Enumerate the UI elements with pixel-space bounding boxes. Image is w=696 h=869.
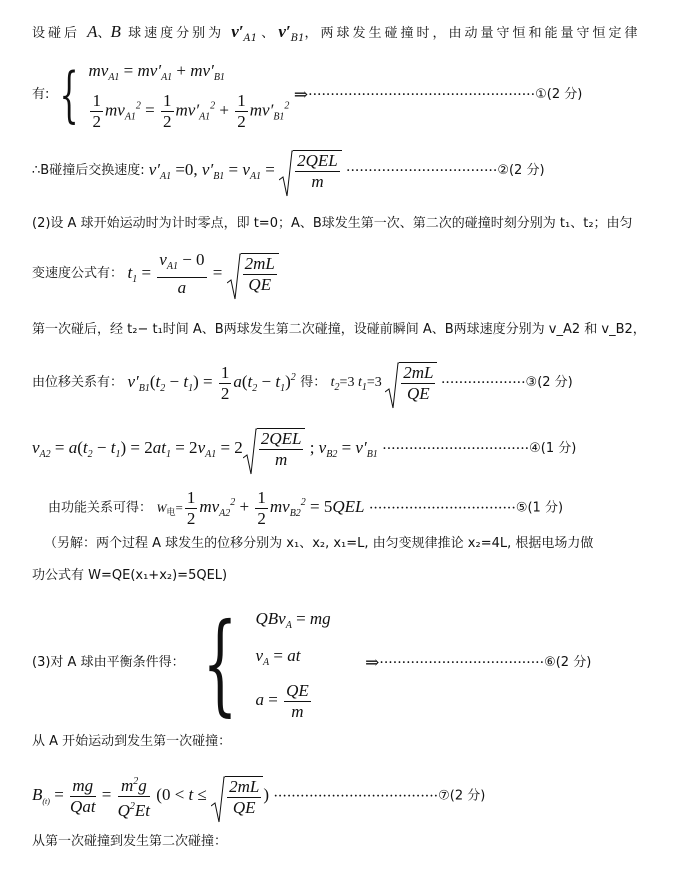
energy-equation: 12mvA12 = 12mv′A12 + 12mv′B12 [88, 91, 289, 132]
exchange-velocity-line: ∴B碰撞后交换速度: v′A1 =0, v′B1 = vA1 = 2QELm ·… [32, 150, 545, 192]
t1-equation-line: 变速度公式有： t1 = vA1 − 0a = 2mLQE [32, 250, 279, 298]
displacement-equation: v′B1(t2 − t1) = 12a(t2 − t1)2 [127, 372, 295, 391]
text: 得： [300, 375, 326, 390]
leader-dots: ········································… [308, 87, 535, 103]
intro-line: 设碰后 A、B 球速度分别为 v′A1 、 v′B1，两球发生碰撞时，由动量守恒… [32, 22, 640, 49]
acceleration-eq: a = QEm [255, 678, 330, 722]
t2-result: t2=3 t1=3 2mLQE [331, 375, 441, 390]
score-mark: ①(2 分) [535, 87, 582, 102]
leader-dots: ··················· [441, 375, 526, 391]
text: (3)对 A 球由平衡条件得： [32, 655, 185, 670]
score-mark: ②(2 分) [497, 163, 544, 178]
momentum-energy-system: 有: { mvA1 = mv′A1 + mv′B1 12mvA12 = 12mv… [32, 58, 582, 132]
radical-icon [243, 428, 257, 476]
work-energy-line: 由功能关系可得： W电=12mvA22 + 12mvB22 = 5QEL ···… [48, 488, 563, 529]
score-mark: ④(1 分) [529, 441, 576, 456]
left-brace-icon: { [203, 608, 238, 718]
left-brace-icon: { [59, 65, 78, 125]
b-field-equation: B(t) = mgQat = m2gQ2Et (0 < t ≤ 2mLQE) [32, 785, 269, 804]
score-mark: ⑦(2 分) [438, 789, 485, 804]
score-mark: ③(2 分) [526, 375, 573, 390]
t1-equation: t1 = vA1 − 0a = 2mLQE [127, 263, 278, 282]
lorentz-eq: QBvA = mg [255, 604, 330, 641]
equilibrium-system: QBvA = mg vA = at a = QEm [255, 604, 330, 722]
part3-equilibrium: (3)对 A 球由平衡条件得： { QBvA = mg vA = at a = … [32, 604, 591, 722]
momentum-equation: mvA1 = mv′A1 + mv′B1 [88, 58, 289, 91]
radical-icon [227, 253, 241, 301]
score-mark: ⑥(2 分) [544, 655, 591, 670]
var-A: A [87, 22, 97, 41]
radical-icon [385, 362, 399, 410]
part2-intro: (2)设 A 球开始运动时为计时零点，即 t=0；A、B球发生第一次、第二次的碰… [32, 214, 633, 234]
text: 、 [257, 26, 278, 41]
sqrt-expression: 2mLQE [211, 776, 263, 818]
velocity-eq: vA = at [255, 641, 330, 678]
va2-equation: vA2 = a(t2 − t1) = 2at1 = 2vA1 = 22QELm … [32, 438, 378, 457]
from-first-to-second-collision: 从第一次碰撞到发生第二次碰撞： [32, 832, 227, 852]
subscript: A1 [244, 33, 258, 44]
leader-dots: ····································· [379, 655, 544, 671]
var-v: v′ [278, 22, 290, 41]
leader-dots: ····································· [273, 789, 438, 805]
equation-system: mvA1 = mv′A1 + mv′B1 12mvA12 = 12mv′A12 … [88, 58, 289, 132]
label: 有: [32, 87, 49, 102]
velocity-equation: v′A1 =0, v′B1 = vA1 = 2QELm [149, 160, 346, 179]
sqrt-expression: 2QELm [243, 428, 306, 470]
sqrt-expression: 2mLQE [385, 362, 437, 404]
text: 变速度公式有： [32, 266, 123, 281]
text: ，两球发生碰撞时，由动量守恒和能量守恒定律 [304, 26, 640, 41]
var-v: v′ [231, 22, 243, 41]
var-B: B [111, 22, 121, 41]
sqrt-expression: 2mLQE [227, 253, 279, 295]
leader-dots: ································· [369, 501, 516, 517]
implies-icon: ⇒ [294, 85, 308, 104]
text: 由位移关系有： [32, 375, 123, 390]
from-start-to-first-collision: 从 A 开始运动到发生第一次碰撞： [32, 732, 231, 752]
leader-dots: ································· [382, 441, 529, 457]
alternative-solution-cont: 功公式有 W=QE(x₁+x₂)=5QEL) [32, 566, 227, 586]
radical-icon [279, 150, 293, 198]
alternative-solution: （另解：两个过程 A 球发生的位移分别为 x₁、x₂, x₁=L, 由匀变规律推… [44, 534, 593, 554]
velocity-before-second-collision: vA2 = a(t2 − t1) = 2at1 = 2vA1 = 22QELm … [32, 428, 576, 470]
text: 球速度分别为 [121, 26, 231, 41]
score-mark: ⑤(1 分) [516, 501, 563, 516]
subscript: B1 [291, 33, 305, 44]
b-field-equation-line: B(t) = mgQat = m2gQ2Et (0 < t ≤ 2mLQE) ·… [32, 772, 485, 821]
text: 由功能关系可得： [48, 501, 152, 516]
leader-dots: ·································· [346, 163, 497, 179]
sqrt-expression: 2QELm [279, 150, 342, 192]
text: 设碰后 [32, 26, 87, 41]
text: ∴B碰撞后交换速度: [32, 163, 149, 178]
work-equation: W电=12mvA22 + 12mvB22 = 5QEL [156, 497, 364, 516]
second-collision-intro: 第一次碰后，经 t₂− t₁时间 A、B两球发生第二次碰撞，设碰前瞬间 A、B两… [32, 320, 646, 340]
displacement-line: 由位移关系有： v′B1(t2 − t1) = 12a(t2 − t1)2 得：… [32, 362, 573, 404]
text: 、 [98, 26, 111, 41]
radical-icon [211, 776, 225, 824]
implies-icon: ⇒ [365, 653, 379, 672]
